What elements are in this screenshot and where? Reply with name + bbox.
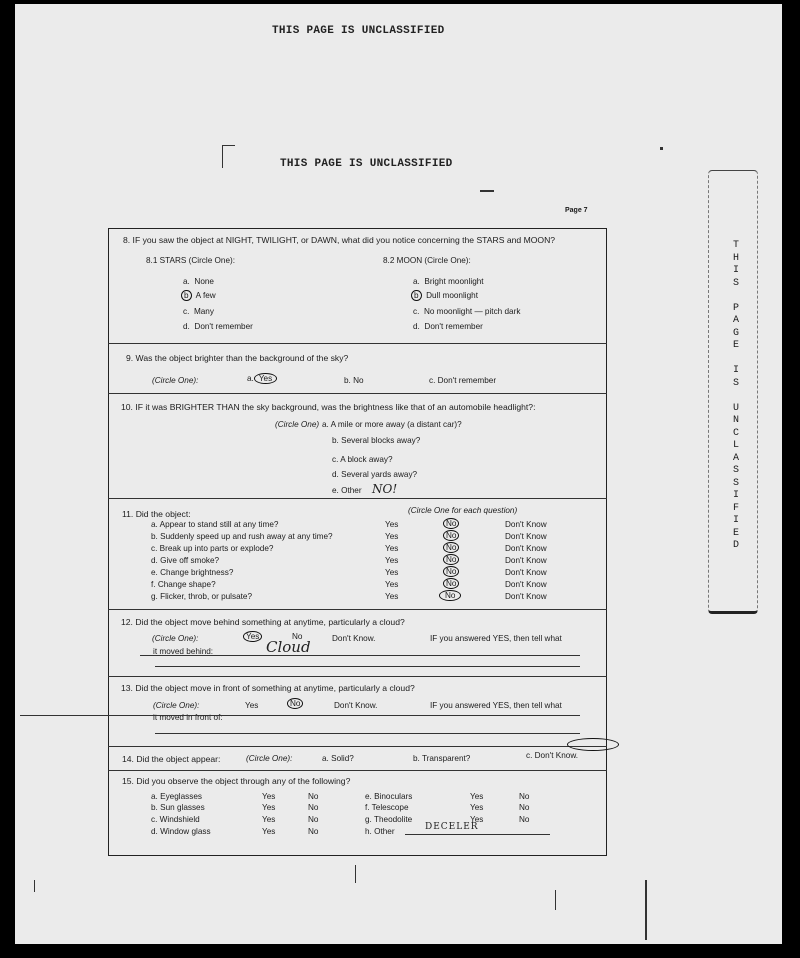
q14-option-c[interactable]: c. Don't Know. (526, 751, 578, 760)
selected-circle: No (443, 566, 459, 577)
q15-item-eyeglasses: a. Eyeglasses (151, 792, 202, 801)
scan-speck (480, 190, 494, 192)
q15-item-windshield: c. Windshield (151, 815, 200, 824)
selected-circle: No (443, 578, 459, 589)
q12-answer-line-2 (155, 666, 580, 667)
divider (108, 393, 607, 394)
q12-dont-know[interactable]: Don't Know. (332, 634, 375, 643)
q13-circle-label: (Circle One): (153, 701, 199, 710)
q15-yes[interactable]: Yes (470, 792, 483, 801)
selected-circle: No (439, 590, 461, 601)
q12-if-yes: IF you answered YES, then tell what (430, 634, 562, 643)
stars-option-a[interactable]: a. None (183, 277, 214, 286)
q15-no[interactable]: No (308, 815, 318, 824)
divider (108, 676, 607, 677)
q15-item-window-glass: d. Window glass (151, 827, 211, 836)
q10-option-e[interactable]: e. Other (332, 486, 362, 495)
selected-circle: Yes (243, 631, 262, 642)
q11-title: 11. Did the object: (122, 509, 191, 519)
q15-no[interactable]: No (308, 803, 318, 812)
selected-circle: No (443, 518, 459, 529)
q10-option-c[interactable]: c. A block away? (332, 455, 393, 464)
q15-no[interactable]: No (308, 827, 318, 836)
q12-answer-line (140, 655, 580, 656)
q15-yes[interactable]: Yes (262, 827, 275, 836)
q15-other-answer[interactable]: DECELER (425, 822, 479, 832)
q15-item-binoculars: e. Binoculars (365, 792, 412, 801)
q10-option-b[interactable]: b. Several blocks away? (332, 436, 420, 445)
divider (108, 498, 607, 499)
divider (108, 343, 607, 344)
selected-circle: b (411, 290, 422, 301)
q9-option-a[interactable]: a.Yes (247, 374, 277, 383)
q13-if-yes: IF you answered YES, then tell what (430, 701, 562, 710)
stars-option-d[interactable]: d. Don't remember (183, 322, 253, 331)
q10-other-answer[interactable]: NO! (372, 482, 397, 496)
q12-title: 12. Did the object move behind something… (121, 617, 405, 627)
moon-option-c[interactable]: c. No moonlight — pitch dark (413, 307, 520, 316)
q13-no[interactable]: No (287, 699, 303, 708)
scan-speck (555, 890, 556, 910)
divider (108, 746, 607, 747)
scan-speck (660, 147, 663, 150)
q15-no[interactable]: No (308, 792, 318, 801)
moon-option-d[interactable]: d. Don't remember (413, 322, 483, 331)
q14-circle-label: (Circle One): (246, 754, 292, 763)
selected-circle: b (181, 290, 192, 301)
q15-title: 15. Did you observe the object through a… (122, 776, 350, 786)
q15-other-line (405, 834, 550, 835)
q9-option-b[interactable]: b. No (344, 376, 364, 385)
q14-option-b[interactable]: b. Transparent? (413, 754, 470, 763)
q9-title: 9. Was the object brighter than the back… (126, 353, 348, 363)
q10-title: 10. IF it was BRIGHTER THAN the sky back… (121, 402, 535, 412)
q15-yes[interactable]: Yes (470, 803, 483, 812)
q13-answer-line (20, 715, 580, 716)
q14-option-a[interactable]: a. Solid? (322, 754, 354, 763)
q15-item-telescope: f. Telescope (365, 803, 409, 812)
scan-speck (355, 865, 356, 883)
q9-option-c[interactable]: c. Don't remember (429, 376, 496, 385)
q14-title: 14. Did the object appear: (122, 754, 220, 764)
q8-moon-label: 8.2 MOON (Circle One): (383, 256, 471, 265)
q15-no[interactable]: No (519, 803, 529, 812)
moon-option-b[interactable]: b Dull moonlight (411, 291, 478, 300)
q10-circle-label: (Circle One) (275, 420, 319, 429)
q9-circle-label: (Circle One): (152, 376, 198, 385)
q13-yes[interactable]: Yes (245, 701, 258, 710)
classification-stamp-top: THIS PAGE IS UNCLASSIFIED (272, 25, 445, 37)
q11-instruction: (Circle One for each question) (408, 506, 517, 515)
q12-yes[interactable]: Yes (243, 632, 262, 641)
q12-circle-label: (Circle One): (152, 634, 198, 643)
selected-circle: Yes (254, 373, 277, 384)
q12-answer[interactable]: Cloud (266, 638, 311, 656)
divider (108, 770, 607, 771)
stamp-bracket (708, 170, 758, 614)
q15-yes[interactable]: Yes (262, 803, 275, 812)
scan-speck (34, 880, 35, 892)
stars-option-b[interactable]: b A few (181, 291, 216, 300)
q15-no[interactable]: No (519, 792, 529, 801)
q13-answer-line-2 (155, 733, 580, 734)
q10-option-d[interactable]: d. Several yards away? (332, 470, 417, 479)
q15-item-other: h. Other (365, 827, 395, 836)
page-number: Page 7 (565, 207, 588, 214)
q15-item-sunglasses: b. Sun glasses (151, 803, 205, 812)
selected-circle: No (443, 530, 459, 541)
classification-stamp-middle: THIS PAGE IS UNCLASSIFIED (280, 158, 453, 170)
corner-mark (222, 145, 235, 168)
q10-option-a[interactable]: a. A mile or more away (a distant car)? (322, 420, 462, 429)
selected-circle: No (443, 554, 459, 565)
selected-circle: No (443, 542, 459, 553)
q15-yes[interactable]: Yes (262, 792, 275, 801)
scan-speck (645, 880, 647, 940)
moon-option-a[interactable]: a. Bright moonlight (413, 277, 484, 286)
q14-handwritten-note-circle (567, 738, 619, 751)
stars-option-c[interactable]: c. Many (183, 307, 214, 316)
q13-dont-know[interactable]: Don't Know. (334, 701, 377, 710)
q13-title: 13. Did the object move in front of some… (121, 683, 415, 693)
q15-yes[interactable]: Yes (262, 815, 275, 824)
divider (108, 609, 607, 610)
selected-circle: No (287, 698, 303, 709)
q15-no[interactable]: No (519, 815, 529, 824)
q8-stars-label: 8.1 STARS (Circle One): (146, 256, 235, 265)
q15-item-theodolite: g. Theodolite (365, 815, 412, 824)
q8-title: 8. IF you saw the object at NIGHT, TWILI… (123, 235, 555, 245)
